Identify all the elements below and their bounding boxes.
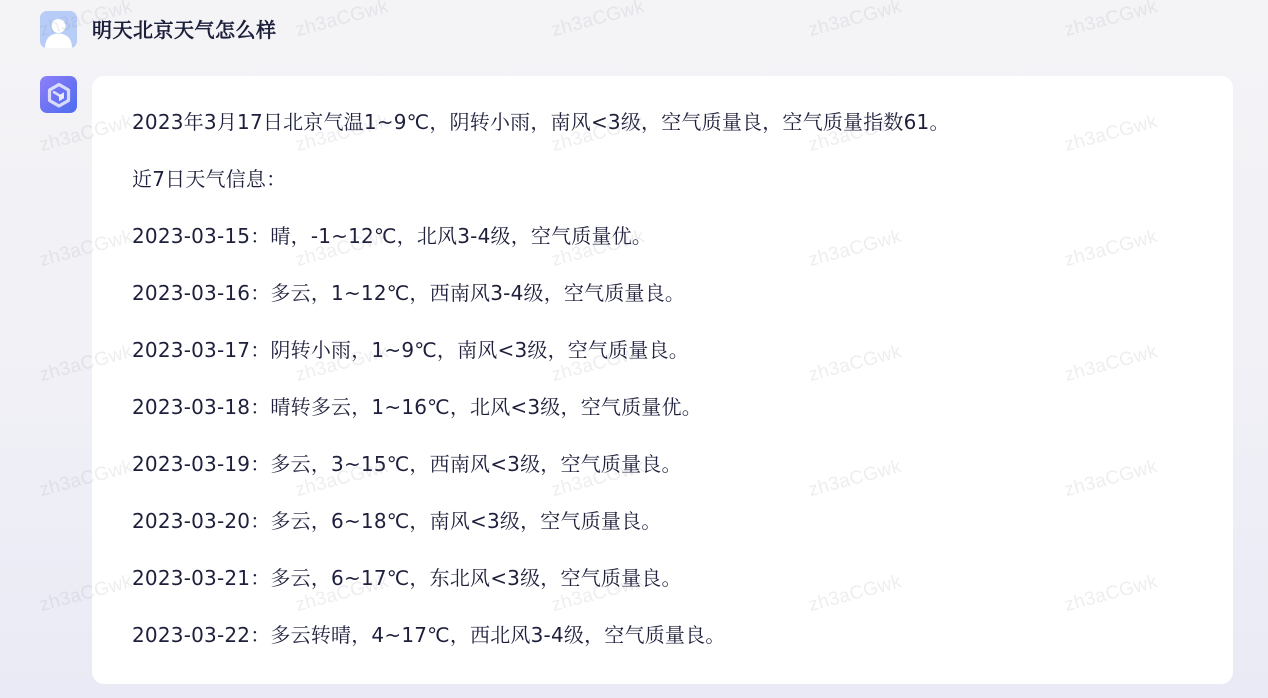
watermark: zh3aCGwk — [549, 0, 647, 42]
user-message-row: 明天北京天气怎么样 — [40, 11, 277, 48]
bot-avatar-icon — [40, 76, 77, 113]
weather-summary: 2023年3月17日北京气温1~9℃，阴转小雨，南风<3级，空气质量良，空气质量… — [132, 108, 950, 136]
user-avatar-icon — [40, 11, 77, 48]
cube-logo-icon — [46, 82, 72, 108]
forecast-item: 2023-03-22：多云转晴，4~17℃，西北风3-4级，空气质量良。 — [132, 621, 726, 649]
watermark: zh3aCGwk — [806, 0, 904, 42]
forecast-item: 2023-03-15：晴，-1~12℃，北风3-4级，空气质量优。 — [132, 222, 652, 250]
forecast-item: 2023-03-20：多云，6~18℃，南风<3级，空气质量良。 — [132, 507, 662, 535]
forecast-section-title: 近7日天气信息： — [132, 165, 286, 193]
forecast-item: 2023-03-19：多云，3~15℃，西南风<3级，空气质量良。 — [132, 450, 682, 478]
person-icon — [40, 11, 77, 48]
bot-message-row — [40, 76, 77, 113]
forecast-item: 2023-03-17：阴转小雨，1~9℃，南风<3级，空气质量良。 — [132, 336, 689, 364]
forecast-item: 2023-03-16：多云，1~12℃，西南风3-4级，空气质量良。 — [132, 279, 685, 307]
watermark: zh3aCGwk — [1062, 0, 1160, 42]
forecast-item: 2023-03-18：晴转多云，1~16℃，北风<3级，空气质量优。 — [132, 393, 702, 421]
forecast-item: 2023-03-21：多云，6~17℃，东北风<3级，空气质量良。 — [132, 564, 682, 592]
bot-message-card: 2023年3月17日北京气温1~9℃，阴转小雨，南风<3级，空气质量良，空气质量… — [92, 76, 1233, 684]
watermark: zh3aCGwk — [293, 0, 391, 42]
user-message-text: 明天北京天气怎么样 — [92, 17, 277, 43]
